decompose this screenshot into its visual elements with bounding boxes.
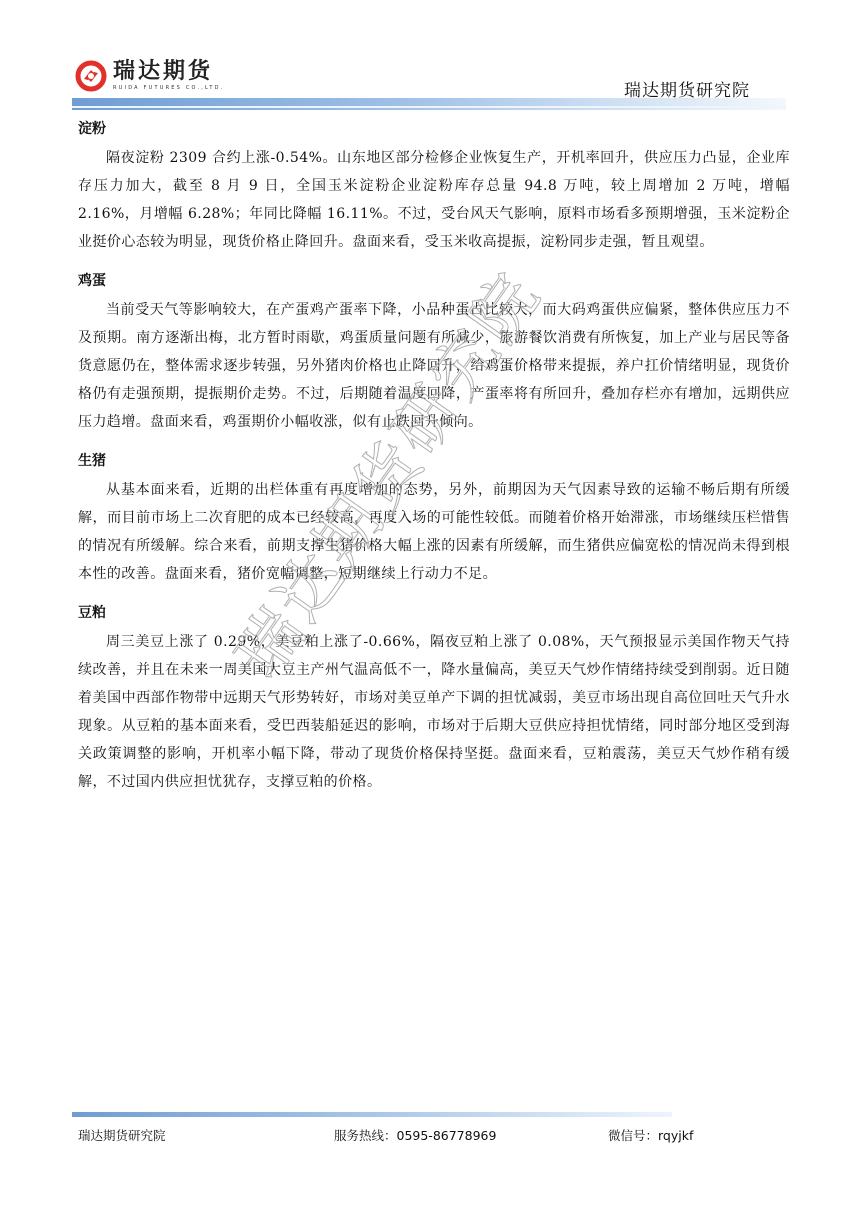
section-paragraph: 当前受天气等影响较大，在产蛋鸡产蛋率下降，小品种蛋占比较大，而大码鸡蛋供应偏紧，… [78, 296, 790, 436]
report-body: 淀粉 隔夜淀粉 2309 合约上涨-0.54%。山东地区部分检修企业恢复生产，开… [78, 118, 790, 810]
section-title: 鸡蛋 [78, 270, 790, 292]
footer-org-name: 瑞达期货研究院 [78, 1126, 166, 1144]
logo-chinese-name: 瑞达期货 [113, 60, 224, 84]
section-title: 豆粕 [78, 602, 790, 624]
page-header: 瑞达期货 RUIDA FUTURES CO.,LTD. 瑞达期货研究院 [0, 0, 860, 116]
header-divider-bar [72, 98, 786, 110]
footer-wechat: 微信号：rqyjkf [608, 1126, 693, 1144]
section-paragraph: 隔夜淀粉 2309 合约上涨-0.54%。山东地区部分检修企业恢复生产，开机率回… [78, 144, 790, 256]
section-starch: 淀粉 隔夜淀粉 2309 合约上涨-0.54%。山东地区部分检修企业恢复生产，开… [78, 118, 790, 256]
section-paragraph: 从基本面来看，近期的出栏体重有再度增加的态势，另外，前期因为天气因素导致的运输不… [78, 476, 790, 588]
section-title: 淀粉 [78, 118, 790, 140]
footer-divider-bar [72, 1112, 672, 1117]
ruida-logo-icon [75, 60, 107, 92]
section-live-hog: 生猪 从基本面来看，近期的出栏体重有再度增加的态势，另外，前期因为天气因素导致的… [78, 450, 790, 588]
section-paragraph: 周三美豆上涨了 0.29%，美豆粕上涨了-0.66%，隔夜豆粕上涨了 0.08%… [78, 628, 790, 796]
section-title: 生猪 [78, 450, 790, 472]
section-soybean-meal: 豆粕 周三美豆上涨了 0.29%，美豆粕上涨了-0.66%，隔夜豆粕上涨了 0.… [78, 602, 790, 796]
section-egg: 鸡蛋 当前受天气等影响较大，在产蛋鸡产蛋率下降，小品种蛋占比较大，而大码鸡蛋供应… [78, 270, 790, 436]
logo-english-name: RUIDA FUTURES CO.,LTD. [113, 85, 224, 92]
footer-hotline: 服务热线：0595-86778969 [334, 1126, 496, 1144]
company-logo: 瑞达期货 RUIDA FUTURES CO.,LTD. [75, 60, 224, 92]
